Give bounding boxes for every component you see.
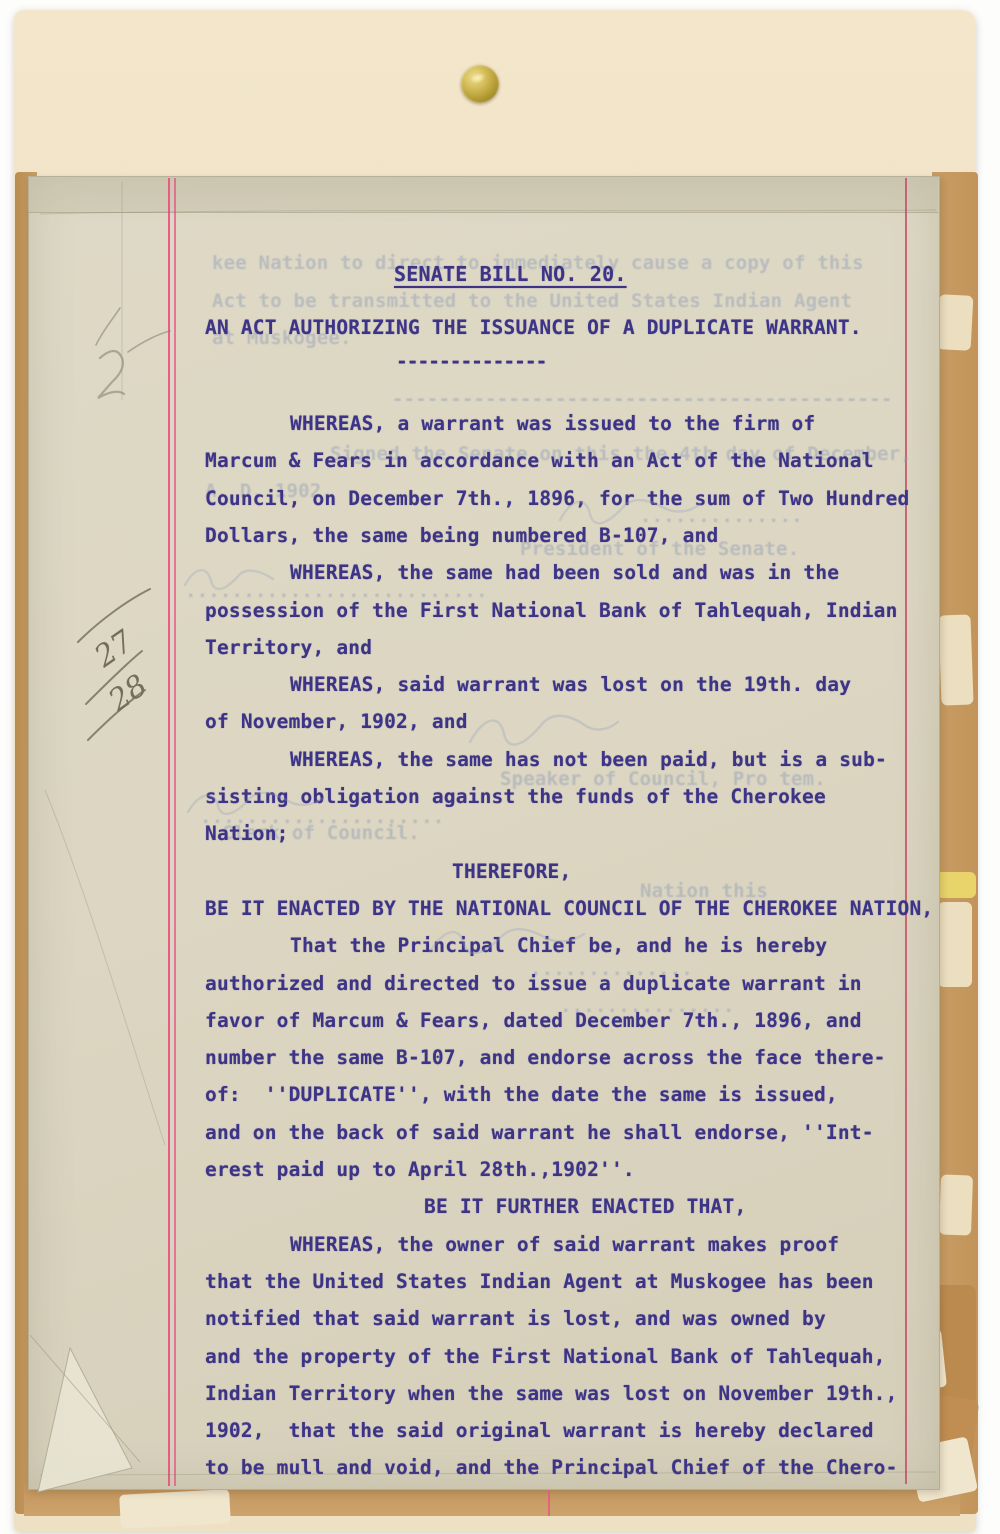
typed-line: BE IT ENACTED BY THE NATIONAL COUNCIL OF… [205, 897, 933, 920]
torn-paper-patch [937, 294, 974, 351]
typed-line: BE IT FURTHER ENACTED THAT, [424, 1195, 746, 1218]
typed-line: favor of Marcum & Fears, dated December … [205, 1009, 862, 1032]
typed-line: THEREFORE, [452, 860, 571, 883]
typed-line: possession of the First National Bank of… [205, 599, 898, 622]
typed-line: Dollars, the same being numbered B-107, … [205, 524, 718, 547]
typed-line: WHEREAS, said warrant was lost on the 19… [290, 673, 851, 696]
typed-line: That the Principal Chief be, and he is h… [290, 934, 827, 957]
bill-heading: SENATE BILL NO. 20. [394, 262, 627, 286]
typed-line: that the United States Indian Agent at M… [205, 1270, 874, 1293]
typed-line: 1902, that the said original warrant is … [205, 1419, 874, 1442]
ghost-bleed-text: ----------------------------------------… [392, 388, 892, 410]
typed-line: authorized and directed to issue a dupli… [205, 972, 862, 995]
torn-paper-patch [939, 1174, 973, 1235]
typed-line: WHEREAS, a warrant was issued to the fir… [290, 412, 815, 435]
margin-line-stub-lower-sheet [548, 1490, 550, 1516]
typed-line: of November, 1902, and [205, 710, 468, 733]
typed-line: and the property of the First National B… [205, 1345, 886, 1368]
sheet-top-crease-band [28, 176, 938, 213]
typed-line: erest paid up to April 28th.,1902''. [205, 1158, 635, 1181]
left-margin-line [168, 178, 170, 1486]
title-separator-dashes: -------------- [396, 350, 546, 373]
torn-paper-fiber [936, 872, 976, 898]
ghost-bleed-text: Act to be transmitted to the United Stat… [212, 290, 852, 312]
torn-paper-patch [938, 614, 973, 705]
typed-line: number the same B-107, and endorse acros… [205, 1046, 886, 1069]
typed-line: WHEREAS, the same has not been paid, but… [290, 748, 887, 771]
typed-line: Indian Territory when the same was lost … [205, 1382, 898, 1405]
typed-line: Territory, and [205, 636, 372, 659]
typed-line: Council, on December 7th., 1896, for the… [205, 487, 909, 510]
typed-line: WHEREAS, the owner of said warrant makes… [290, 1233, 839, 1256]
right-margin-line [905, 178, 907, 1484]
typed-line: WHEREAS, the same had been sold and was … [290, 561, 839, 584]
torn-paper-patch [938, 902, 972, 987]
typed-line: Marcum & Fears in accordance with an Act… [205, 449, 874, 472]
typed-line: of: ''DUPLICATE'', with the date the sam… [205, 1083, 838, 1106]
torn-paper-chip [119, 1489, 231, 1529]
typed-line: notified that said warrant is lost, and … [205, 1307, 826, 1330]
scanned-document-page: kee Nation to direct to immediately caus… [0, 0, 1000, 1534]
typed-line: sisting obligation against the funds of … [205, 785, 826, 808]
left-margin-line-inner [174, 178, 176, 1486]
typed-line: Nation; [205, 822, 289, 845]
typed-line: to be mull and void, and the Principal C… [205, 1456, 898, 1479]
typed-line: and on the back of said warrant he shall… [205, 1121, 874, 1144]
act-title: AN ACT AUTHORIZING THE ISSUANCE OF A DUP… [205, 316, 862, 339]
brass-fastener [461, 65, 499, 103]
